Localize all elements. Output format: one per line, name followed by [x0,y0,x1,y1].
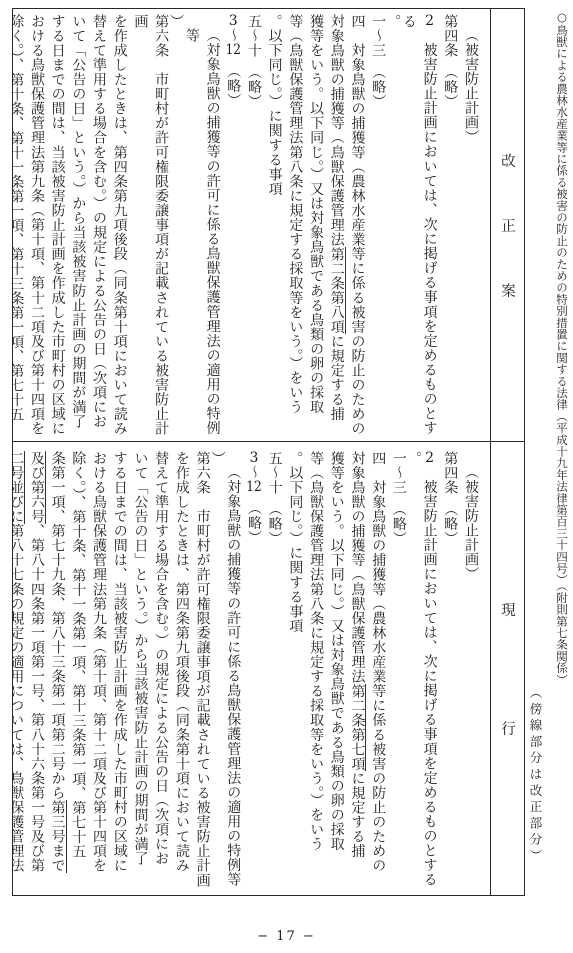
text-segment: 。以下同じ。）に関する事項 [267,14,283,196]
text-segment: 対象鳥獣の捕獲等（鳥獣保護管理法 [349,451,365,684]
text-line: 条第一項、第七十九条、第八十三条第一項第二号から第三号まで [47,451,68,895]
text-segment: 等（鳥獣保護管理法第八条に規定する採取等をいう。）をいう [287,14,303,414]
text-segment: 被害防止計画においては、次に掲げる事項を定めるものとする [401,14,438,435]
text-segment: おける鳥獣保護管理法第九条（第十項、第十二項及び第十四項を [91,451,107,873]
text-line: ） [213,451,223,895]
text-segment: に規定する捕 [349,771,365,858]
revised-text: 及び第六号 [29,451,46,524]
text-line: 一～三 （略） [388,451,409,895]
text-line: 。以下同じ。）に関する事項 [285,451,306,895]
text-segment: に規定する捕 [329,334,345,421]
text-line: 五～十 （略） [243,14,264,441]
digit: 12 [246,480,262,494]
current-header-label: 現 行 [497,602,518,781]
amended-body: （被害防止計画）第四条 （略）2 被害防止計画においては、次に掲げる事項を定める… [13,9,490,441]
text-segment: （略） [246,494,262,545]
text-segment: （被害防止計画） [463,465,479,581]
text-line: 2 被害防止計画においては、次に掲げる事項を定めるものとする [398,14,439,441]
text-line: 一～三 （略） [367,14,388,441]
text-segment: する日までの間は、当該被害防止計画を作成した市町村の区域に [112,451,128,873]
text-segment: （略） [225,57,241,108]
text-line: おける鳥獣保護管理法第九条（第十項、第十二項及び第十四項を [26,14,47,441]
text-line: 対象鳥獣の捕獲等（鳥獣保護管理法第二条第七項に規定する捕 [347,451,368,895]
text-segment: 除く。）、第十条、第十一条第一項、第十三条第一項、第七十五 [70,451,86,859]
text-line: 除く。）、第十条、第十一条第一項、第十三条第一項、第七十五 [13,14,26,441]
text-segment: ～ [225,28,241,43]
text-line: ） [171,14,181,441]
text-line: 。 [409,451,419,895]
text-line: する日までの間は、当該被害防止計画を作成した市町村の区域に [47,14,68,441]
text-line: 2 被害防止計画においては、次に掲げる事項を定めるものとする [419,451,440,895]
text-line: 四 対象鳥獣の捕獲等（農林水産業等に係る被害の防止のための [347,14,368,441]
text-line: 二号並びに第八十七条の規定の適用については、鳥獣保護管理法 [13,451,26,895]
text-line: を作成したときは、第四条第九項後段（同条第十項において読み [109,14,130,441]
amended-row: （被害防止計画）第四条 （略）2 被害防止計画においては、次に掲げる事項を定める… [13,9,524,442]
text-line: おける鳥獣保護管理法第九条（第十項、第十二項及び第十四項を [88,451,109,895]
text-line: （対象鳥獣の捕獲等の許可に係る鳥獣保護管理法の適用の特例等 [181,14,222,441]
text-segment: 等（鳥獣保護管理法第八条に規定する採取等をいう。）をいう [308,451,324,851]
amended-header: 改 正 案 [490,9,524,441]
text-segment: を作成したときは、第四条第九項後段（同条第十項において読み [174,451,190,873]
revised-text: 第三号まで [50,800,67,873]
text-line: 等（鳥獣保護管理法第八条に規定する採取等をいう。）をいう [285,14,306,441]
digit: 2 [422,14,438,28]
text-segment: （被害防止計画） [463,28,479,144]
text-segment: 五～十 （略） [267,451,283,546]
text-segment: 一～三 （略） [391,451,407,546]
text-segment: 替えて準用する場合を含む。）の規定による公告の日（次項にお [91,14,107,429]
comparison-table: （被害防止計画）第四条 （略）2 被害防止計画においては、次に掲げる事項を定める… [12,8,525,896]
digit: 12 [225,43,241,57]
text-line: 等（鳥獣保護管理法第八条に規定する採取等をいう。）をいう [305,451,326,895]
text-line: いて「公告の日」という。）から当該被害防止計画の期間が満了 [68,14,89,441]
text-segment: 四 対象鳥獣の捕獲等（農林水産業等に係る被害の防止のための [349,14,365,436]
text-segment: 第六条 市町村が許可権限委譲事項が記載されている被害防止計画 [195,451,211,888]
text-line: 3～12 （略） [243,451,264,895]
text-line: 及び第六号、第八十四条第一項第一号、第八十六条第一号及び第 [26,451,47,895]
text-line: 。 [388,14,398,441]
text-segment: おける鳥獣保護管理法第九条（第十項、第十二項及び第十四項を [29,14,45,436]
revision-note: （傍線部分は改正部分） [528,686,543,865]
current-row: （被害防止計画）第四条 （略）2 被害防止計画においては、次に掲げる事項を定める… [13,442,524,895]
text-line: 第六条 市町村が許可権限委譲事項が記載されている被害防止計画 [192,451,213,895]
text-line: 四 対象鳥獣の捕獲等（農林水産業等に係る被害の防止のための [367,451,388,895]
text-segment: 一～三 （略） [370,14,386,109]
text-segment: 獲等をいう。以下同じ。）又は対象鳥獣である鳥類の卵の採取 [329,451,345,851]
text-segment: 対象鳥獣の捕獲等（鳥獣保護管理法 [329,14,345,247]
text-line: 第四条 （略） [440,14,461,441]
text-segment: （対象鳥獣の捕獲等の許可に係る鳥獣保護管理法の適用の特例等 [225,465,241,887]
text-segment: （対象鳥獣の捕獲等の許可に係る鳥獣保護管理法の適用の特例等 [184,28,221,435]
text-segment: 除く。）、第十条、第十一条第一項、第十三条第一項、第七十五 [13,14,24,422]
text-line: 五～十 （略） [264,451,285,895]
text-segment: 。以下同じ。）に関する事項 [287,451,303,633]
text-line: いて「公告の日」という。）から当該被害防止計画の期間が満了 [130,451,151,895]
text-line: （対象鳥獣の捕獲等の許可に係る鳥獣保護管理法の適用の特例等 [223,451,244,895]
text-line: 替えて準用する場合を含む。）の規定による公告の日（次項にお [150,451,171,895]
text-segment: する日までの間は、当該被害防止計画を作成した市町村の区域に [50,14,66,436]
text-segment: 、第八十四条第一項第一号、第八十六条第一号及び第 [29,524,45,873]
text-segment: 獲等をいう。以下同じ。）又は対象鳥獣である鳥類の卵の採取 [308,14,324,414]
document-title: ○鳥獣による農林水産業等に係る被害の防止のための特別措置に関する法律（平成十九年… [554,10,569,710]
text-line: 除く。）、第十条、第十一条第一項、第十三条第一項、第七十五 [68,451,89,895]
current-body: （被害防止計画）第四条 （略）2 被害防止計画においては、次に掲げる事項を定める… [13,442,490,895]
text-line: （被害防止計画） [460,14,481,441]
text-segment: 被害防止計画においては、次に掲げる事項を定めるものとする [422,465,438,887]
text-segment: 五～十 （略） [246,14,262,109]
text-line: 替えて準用する場合を含む。）の規定による公告の日（次項にお [88,14,109,441]
revised-text: 二号並びに [13,451,25,524]
text-line: （被害防止計画） [460,451,481,895]
text-segment: 第六条 市町村が許可権限委譲事項が記載されている被害防止計画 [132,14,169,436]
text-segment: ～ [246,465,262,480]
text-line: 。以下同じ。）に関する事項 [264,14,285,441]
amended-header-label: 改 正 案 [497,153,518,316]
text-line: 獲等をいう。以下同じ。）又は対象鳥獣である鳥類の卵の採取 [305,14,326,441]
text-segment: いて「公告の日」という。）から当該被害防止計画の期間が満了 [132,451,148,866]
text-segment: 替えて準用する場合を含む。）の規定による公告の日（次項にお [153,451,169,866]
text-line: を作成したときは、第四条第九項後段（同条第十項において読み [171,451,192,895]
text-line: する日までの間は、当該被害防止計画を作成した市町村の区域に [109,451,130,895]
text-line: 第四条 （略） [440,451,461,895]
text-segment: 第四条 （略） [442,14,458,109]
revised-text: 第二条第七項 [349,684,366,771]
text-segment: 第四条 （略） [442,451,458,546]
text-segment: いて「公告の日」という。）から当該被害防止計画の期間が満了 [70,14,86,429]
current-header: 現 行 [490,442,524,895]
digit: 3 [246,451,262,465]
text-line: 第六条 市町村が許可権限委譲事項が記載されている被害防止計画 [130,14,171,441]
text-segment: を作成したときは、第四条第九項後段（同条第十項において読み [112,14,128,436]
text-line: 3～12 （略） [223,14,244,441]
page-number: − 17 − [0,929,573,944]
text-line: 対象鳥獣の捕獲等（鳥獣保護管理法第二条第八項に規定する捕 [326,14,347,441]
digit: 3 [225,14,241,28]
text-line: 獲等をいう。以下同じ。）又は対象鳥獣である鳥類の卵の採取 [326,451,347,895]
text-segment: 条第一項、第七十九条、第八十三条第一項第二号から [50,451,66,800]
revised-text: 第二条第八項 [329,247,346,334]
digit: 2 [422,451,438,465]
text-segment: 第八十七条の規定の適用については、鳥獣保護管理法 [13,524,24,873]
text-segment: 四 対象鳥獣の捕獲等（農林水産業等に係る被害の防止のための [370,451,386,873]
